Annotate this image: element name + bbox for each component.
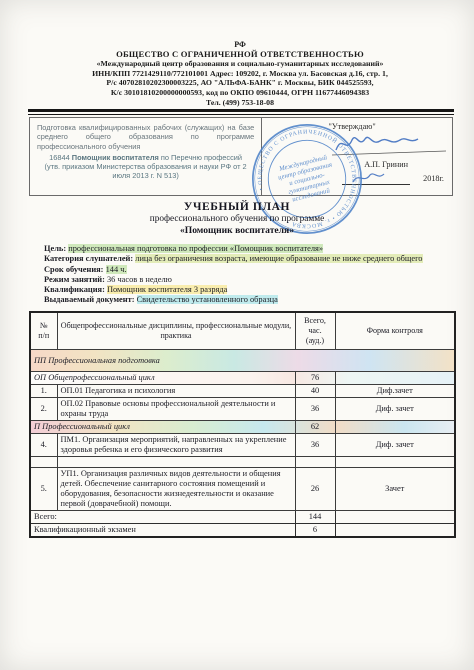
info-line: Режим занятий: 36 часов в неделю: [44, 275, 454, 285]
program-basis-text: Подготовка квалифицированных рабочих (сл…: [37, 123, 254, 151]
col-header-disciplines: Общепрофессиональные дисциплины, професс…: [57, 312, 295, 350]
col-header-control: Форма контроля: [335, 312, 455, 350]
table-row: 5.УП1. Организация различных видов деяте…: [30, 468, 455, 511]
letterhead-org-name: «Международный центр образования и социа…: [20, 59, 460, 69]
program-basis-cell: Подготовка квалифицированных рабочих (сл…: [29, 117, 262, 196]
profession-note: (утв. приказом Министерства образования …: [37, 162, 254, 181]
table-row: 2.ОП.02 Правовые основы профессиональной…: [30, 398, 455, 421]
approval-signature-cell: "Утверждаю" А.П. Гринин 2018г.: [262, 117, 453, 196]
letterhead-requisites-3: К/с 30101810200000000593, код по ОКПО 09…: [20, 88, 460, 98]
info-line: Цель: профессиональная подготовка по про…: [44, 244, 454, 254]
table-header-row: № п/п Общепрофессиональные дисциплины, п…: [30, 312, 455, 350]
approver-name: А.П. Гринин: [364, 160, 408, 169]
page-title: УЧЕБНЫЙ ПЛАН: [0, 201, 474, 213]
table-row: П Профессиональный цикл62: [30, 421, 455, 434]
info-lines: Цель: профессиональная подготовка по про…: [44, 244, 454, 306]
approval-year: 2018г.: [423, 174, 444, 183]
document-title-block: УЧЕБНЫЙ ПЛАН профессионального обучения …: [0, 201, 474, 236]
info-line: Категория слушателей: лица без ограничен…: [44, 254, 454, 264]
table-row: 1.ОП.01 Педагогика и психология40Диф.зач…: [30, 385, 455, 398]
page-subtitle: профессионального обучения по программе: [0, 214, 474, 224]
letterhead: РФ ОБЩЕСТВО С ОГРАНИЧЕННОЙ ОТВЕТСТВЕННОС…: [20, 40, 460, 107]
letterhead-requisites-1: ИНН/КПП 7721429110/772101001 Адрес: 1092…: [20, 69, 460, 79]
profession-line: 16844 Помощник воспитателя по Перечню пр…: [37, 153, 254, 162]
info-line: Срок обучения: 144 ч.: [44, 265, 454, 275]
table-row: ОП Общепрофессиональный цикл76: [30, 372, 455, 385]
col-header-num: № п/п: [30, 312, 57, 350]
profession-rest: по Перечню профессий: [161, 153, 242, 162]
table-row: Всего:144: [30, 511, 455, 524]
scanned-document-page: РФ ОБЩЕСТВО С ОГРАНИЧЕННОЙ ОТВЕТСТВЕННОС…: [0, 0, 474, 670]
table-row: [30, 457, 455, 468]
date-line: [342, 184, 410, 185]
info-line: Квалификация: Помощник воспитателя 3 раз…: [44, 285, 454, 295]
letterhead-divider: [28, 109, 454, 115]
info-line: Выдаваемый документ: Свидетельство устан…: [44, 295, 454, 305]
curriculum-table: № п/п Общепрофессиональные дисциплины, п…: [29, 311, 456, 538]
letterhead-phone: Тел. (499) 753-18-08: [20, 98, 460, 108]
program-name: «Помощник воспитателя»: [0, 225, 474, 236]
profession-name: Помощник воспитателя: [72, 153, 159, 162]
letterhead-requisites-2: Р/с 40702810202300003225, АО "АЛЬФА-БАНК…: [20, 78, 460, 88]
table-row: Квалификационный экзамен6: [30, 524, 455, 538]
signature-icon: [332, 130, 452, 160]
col-header-hours: Всего, час. (ауд.): [295, 312, 335, 350]
table-row: 4.ПМ1. Организация мероприятий, направле…: [30, 434, 455, 457]
table-row: ПП Профессиональная подготовка: [30, 350, 455, 372]
profession-code: 16844: [49, 153, 70, 162]
approval-block: Подготовка квалифицированных рабочих (сл…: [29, 117, 453, 196]
letterhead-org-type: ОБЩЕСТВО С ОГРАНИЧЕННОЙ ОТВЕТСТВЕННОСТЬЮ: [20, 50, 460, 60]
